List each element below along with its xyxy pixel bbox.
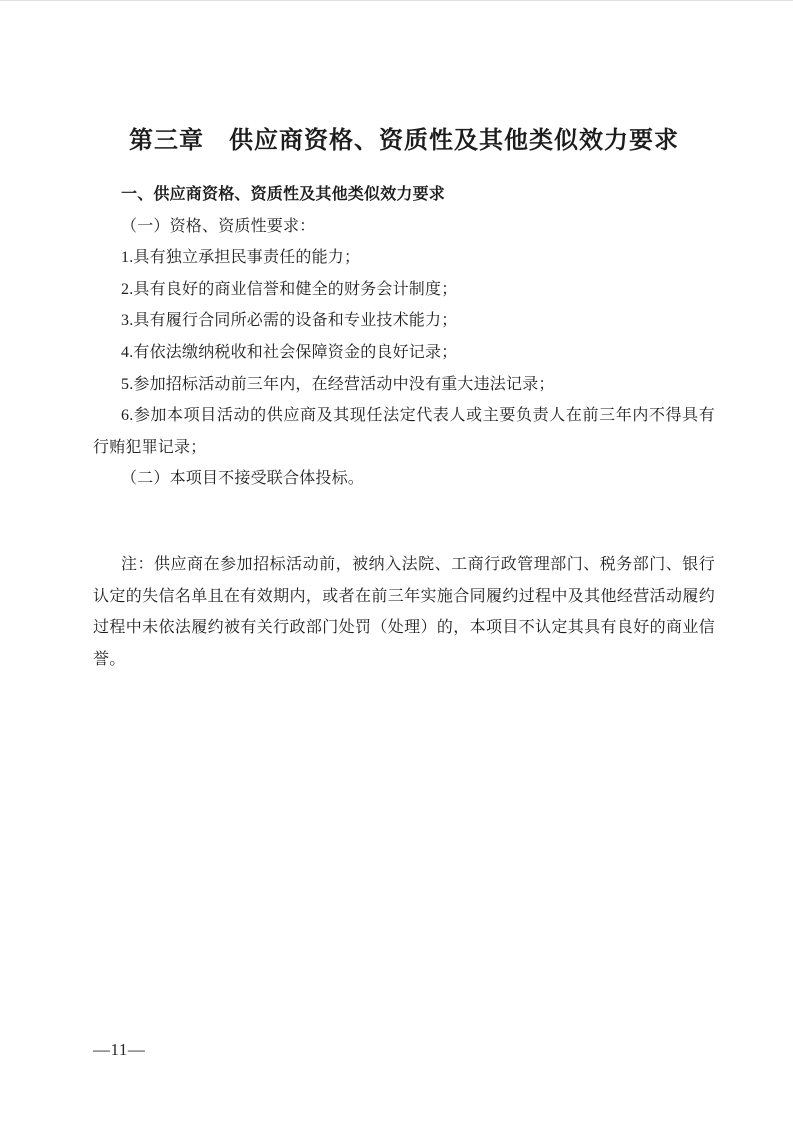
- chapter-title: 第三章 供应商资格、资质性及其他类似效力要求: [93, 121, 715, 161]
- requirement-item-1: 1.具有独立承担民事责任的能力；: [93, 242, 715, 274]
- requirement-item-6: 6.参加本项目活动的供应商及其现任法定代表人或主要负责人在前三年内不得具有行贿犯…: [93, 400, 715, 463]
- page-number: —11—: [93, 1039, 145, 1061]
- requirement-item-3: 3.具有履行合同所必需的设备和专业技术能力；: [93, 305, 715, 337]
- page-content: 第三章 供应商资格、资质性及其他类似效力要求 一、供应商资格、资质性及其他类似效…: [93, 121, 715, 675]
- document-page: 第三章 供应商资格、资质性及其他类似效力要求 一、供应商资格、资质性及其他类似效…: [0, 0, 793, 1122]
- requirement-item-4: 4.有依法缴纳税收和社会保障资金的良好记录；: [93, 337, 715, 369]
- requirement-item-5: 5.参加招标活动前三年内，在经营活动中没有重大违法记录；: [93, 369, 715, 401]
- requirement-item-2: 2.具有良好的商业信誉和健全的财务会计制度；: [93, 274, 715, 306]
- section-heading: 一、供应商资格、资质性及其他类似效力要求: [93, 179, 715, 211]
- clause-two-text: （二）本项目不接受联合体投标。: [93, 463, 715, 495]
- clause-one-heading: （一）资格、资质性要求：: [93, 211, 715, 243]
- note-paragraph: 注：供应商在参加招标活动前，被纳入法院、工商行政管理部门、税务部门、银行认定的失…: [93, 549, 715, 675]
